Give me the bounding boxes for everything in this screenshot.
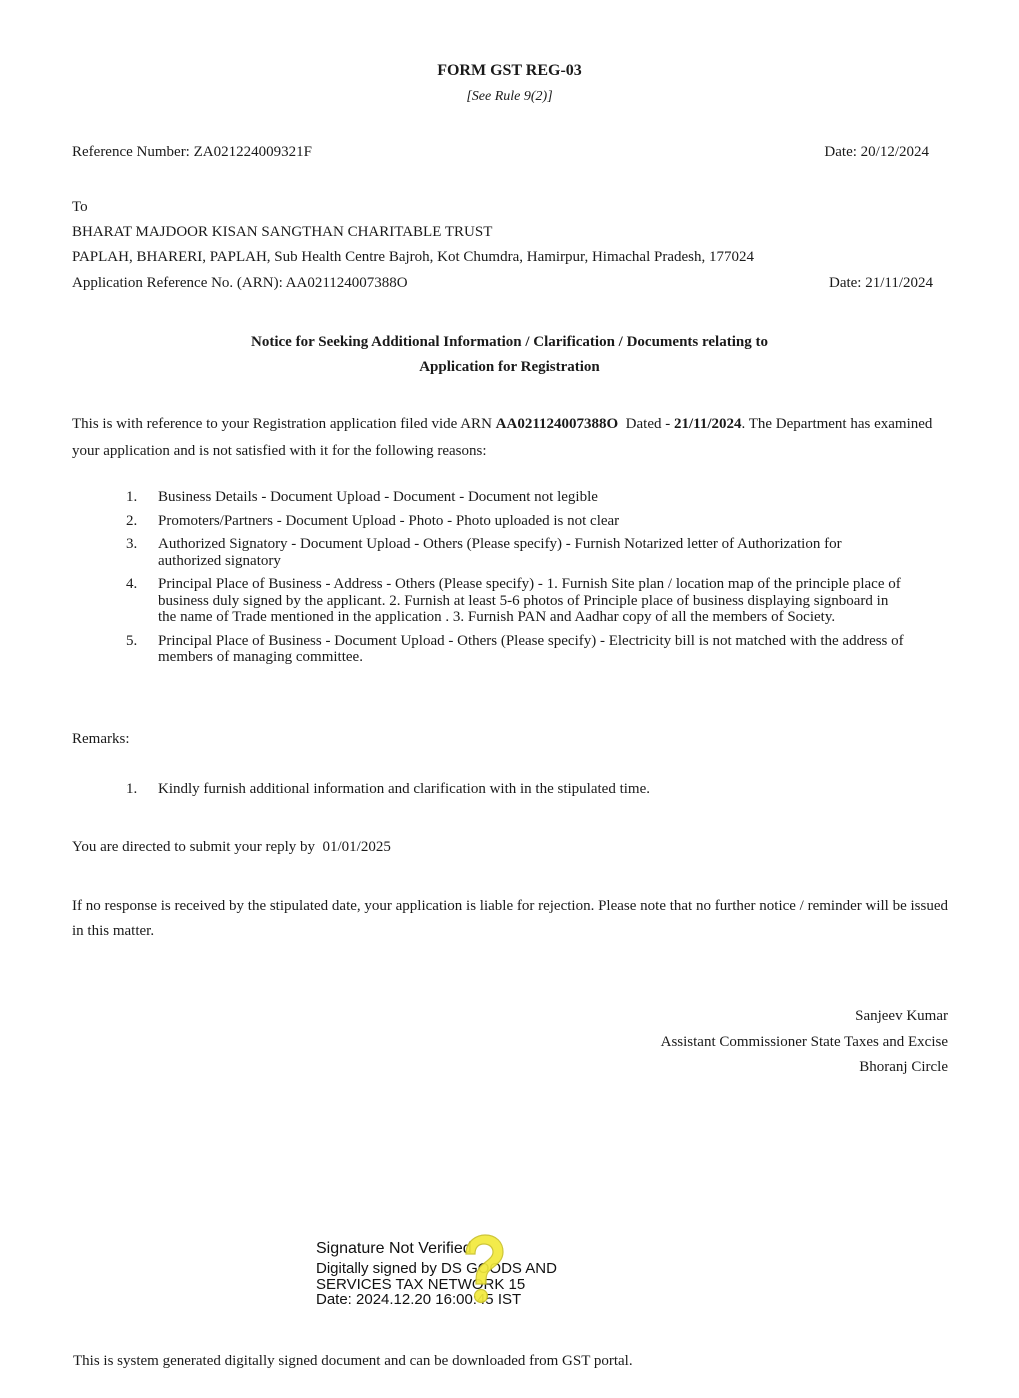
signatory-designation: Assistant Commissioner State Taxes and E… [661,1030,948,1056]
to-label: To [72,199,88,216]
signature-status: Signature Not Verified [316,1239,557,1259]
form-title: FORM GST REG-03 [0,62,1019,80]
signatory-block: Sanjeev Kumar Assistant Commissioner Sta… [661,1004,948,1081]
addressee-name: BHARAT MAJDOOR KISAN SANGTHAN CHARITABLE… [72,224,492,241]
application-reference-number: Application Reference No. (ARN): AA02112… [72,275,408,292]
remark-text: Kindly furnish additional information an… [158,781,650,797]
intro-dated: Dated - [618,416,674,432]
reason-text: Principal Place of Business - Address - … [158,576,901,625]
signatory-name: Sanjeev Kumar [661,1004,948,1030]
reason-item: 1.Business Details - Document Upload - D… [118,489,908,506]
signature-date: Date: 2024.12.20 16:00:45 IST [316,1292,557,1308]
question-mark-icon [458,1232,508,1312]
intro-date: 21/11/2024 [674,416,742,432]
notice-heading-line1: Notice for Seeking Additional Informatio… [0,330,1019,355]
reason-text: Authorized Signatory - Document Upload -… [158,536,842,569]
notice-heading-line2: Application for Registration [0,355,1019,380]
signature-signer-line1: Digitally signed by DS GOODS AND [316,1261,557,1277]
reason-item: 4.Principal Place of Business - Address … [118,576,908,626]
reason-item: 5.Principal Place of Business - Document… [118,633,908,666]
reply-deadline: You are directed to submit your reply by… [72,839,391,856]
addressee-address: PAPLAH, BHARERI, PAPLAH, Sub Health Cent… [72,249,754,266]
notice-intro-paragraph: This is with reference to your Registrat… [72,411,952,465]
remarks-list: 1.Kindly furnish additional information … [118,781,908,798]
rejection-note: If no response is received by the stipul… [72,894,952,944]
reference-number: Reference Number: ZA021224009321F [72,144,312,161]
intro-arn: AA021124007388O [496,416,619,432]
form-rule-reference: [See Rule 9(2)] [0,89,1019,105]
reason-item: 2.Promoters/Partners - Document Upload -… [118,513,908,530]
reason-text: Promoters/Partners - Document Upload - P… [158,513,619,529]
reason-text: Principal Place of Business - Document U… [158,633,904,666]
reference-date: Date: 20/12/2024 [824,144,929,161]
signature-signer-line2: SERVICES TAX NETWORK 15 [316,1277,557,1293]
remarks-label: Remarks: [72,731,130,748]
reasons-list: 1.Business Details - Document Upload - D… [118,489,908,673]
signatory-office: Bhoranj Circle [661,1055,948,1081]
reason-text: Business Details - Document Upload - Doc… [158,489,598,505]
digital-signature-block: Signature Not Verified Digitally signed … [316,1239,557,1308]
footer-note: This is system generated digitally signe… [73,1353,633,1370]
intro-prefix: This is with reference to your Registrat… [72,416,496,432]
signature-details: Digitally signed by DS GOODS AND SERVICE… [316,1261,557,1308]
reason-item: 3.Authorized Signatory - Document Upload… [118,536,908,569]
remark-item: 1.Kindly furnish additional information … [118,781,908,798]
application-date: Date: 21/11/2024 [829,275,933,292]
notice-heading: Notice for Seeking Additional Informatio… [0,330,1019,380]
